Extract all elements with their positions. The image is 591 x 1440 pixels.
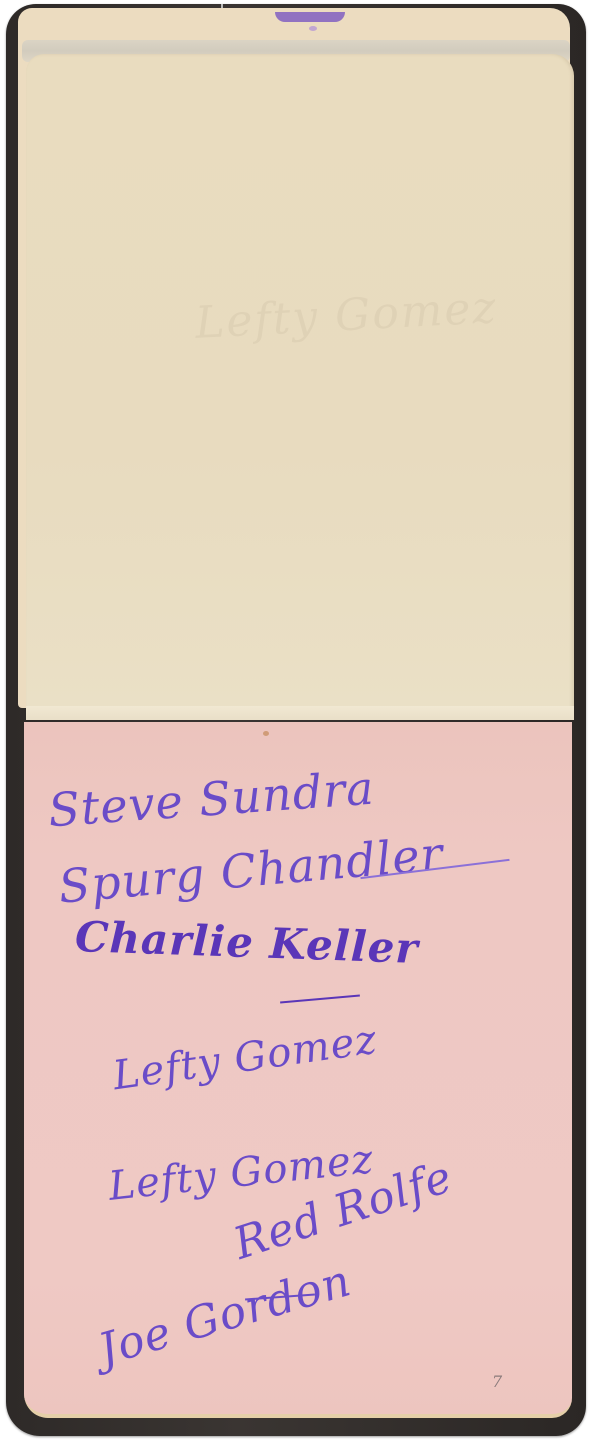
paper-stain xyxy=(263,731,269,736)
page-number: 7 xyxy=(492,1372,502,1391)
upper-cream-page xyxy=(26,54,574,716)
page-fold xyxy=(26,706,574,720)
ink-blot xyxy=(275,12,345,22)
ink-dot xyxy=(309,26,317,31)
